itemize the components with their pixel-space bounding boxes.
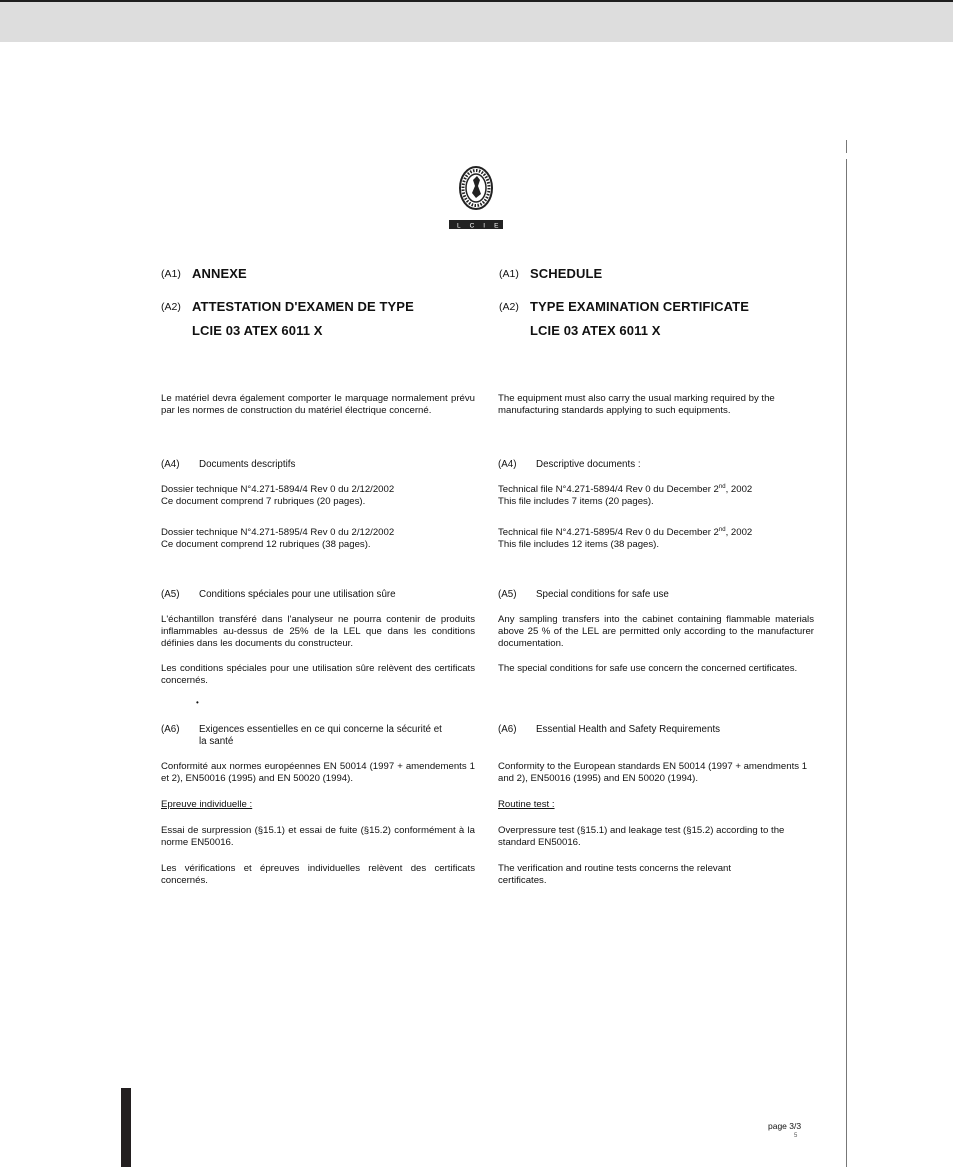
right-a6-p3: The verification and routine tests conce…: [498, 863, 778, 887]
left-a6-p1: Conformité aux normes européennes EN 500…: [161, 761, 475, 785]
right-certificate-number: LCIE 03 ATEX 6011 X: [530, 323, 661, 338]
binding-bar: [121, 1088, 131, 1167]
svg-text:LCIE: LCIE: [457, 223, 505, 230]
left-a5-p1: L'échantillon transféré dans l'analyseur…: [161, 614, 475, 650]
left-intro: Le matériel devra également comporter le…: [161, 393, 475, 417]
bureau-veritas-lcie-logo: LCIE: [447, 162, 505, 230]
page-number: page 3/3: [768, 1121, 801, 1131]
right-a2-tag: (A2): [499, 301, 519, 313]
right-a1-title: SCHEDULE: [530, 266, 602, 281]
right-a6-p2: Overpressure test (§15.1) and leakage te…: [498, 825, 814, 849]
right-doc1: Technical file N°4.271-5894/4 Rev 0 du D…: [498, 484, 814, 508]
left-certificate-number: LCIE 03 ATEX 6011 X: [192, 323, 323, 338]
left-doc1: Dossier technique N°4.271-5894/4 Rev 0 d…: [161, 484, 475, 508]
right-a6-subheading: Routine test :: [498, 799, 814, 811]
right-a4-heading: (A4)Descriptive documents :: [498, 459, 641, 470]
right-doc2: Technical file N°4.271-5895/4 Rev 0 du D…: [498, 527, 814, 551]
left-a1-tag: (A1): [161, 268, 181, 280]
left-a2-title: ATTESTATION D'EXAMEN DE TYPE: [192, 299, 414, 314]
right-a1-tag: (A1): [499, 268, 519, 280]
left-a6-subheading: Epreuve individuelle :: [161, 799, 475, 811]
left-a6-p2: Essai de surpression (§15.1) et essai de…: [161, 825, 475, 849]
left-a2-tag: (A2): [161, 301, 181, 313]
left-doc2: Dossier technique N°4.271-5895/4 Rev 0 d…: [161, 527, 475, 551]
left-a5-p2: Les conditions spéciales pour une utilis…: [161, 663, 475, 687]
left-a4-heading: (A4)Documents descriptifs: [161, 459, 295, 470]
right-intro: The equipment must also carry the usual …: [498, 393, 808, 417]
right-a6-p1: Conformity to the European standards EN …: [498, 761, 814, 785]
right-a5-heading: (A5)Special conditions for safe use: [498, 589, 669, 600]
left-a5-heading: (A5)Conditions spéciales pour une utilis…: [161, 589, 396, 600]
left-a6-heading-cont: la santé: [199, 736, 233, 747]
right-a6-heading: (A6)Essential Health and Safety Requirem…: [498, 724, 720, 735]
right-a5-p2: The special conditions for safe use conc…: [498, 663, 814, 675]
right-a2-title: TYPE EXAMINATION CERTIFICATE: [530, 299, 749, 314]
left-a1-title: ANNEXE: [192, 266, 247, 281]
bullet-mark: •: [196, 697, 199, 709]
right-a5-p1: Any sampling transfers into the cabinet …: [498, 614, 814, 650]
viewer-header-bar: [0, 2, 953, 42]
page-edge-rule: [846, 140, 847, 1167]
left-a6-heading: (A6)Exigences essentielles en ce qui con…: [161, 724, 442, 735]
left-a6-p3: Les vérifications et épreuves individuel…: [161, 863, 475, 887]
footer-small-mark: 5: [794, 1133, 797, 1139]
